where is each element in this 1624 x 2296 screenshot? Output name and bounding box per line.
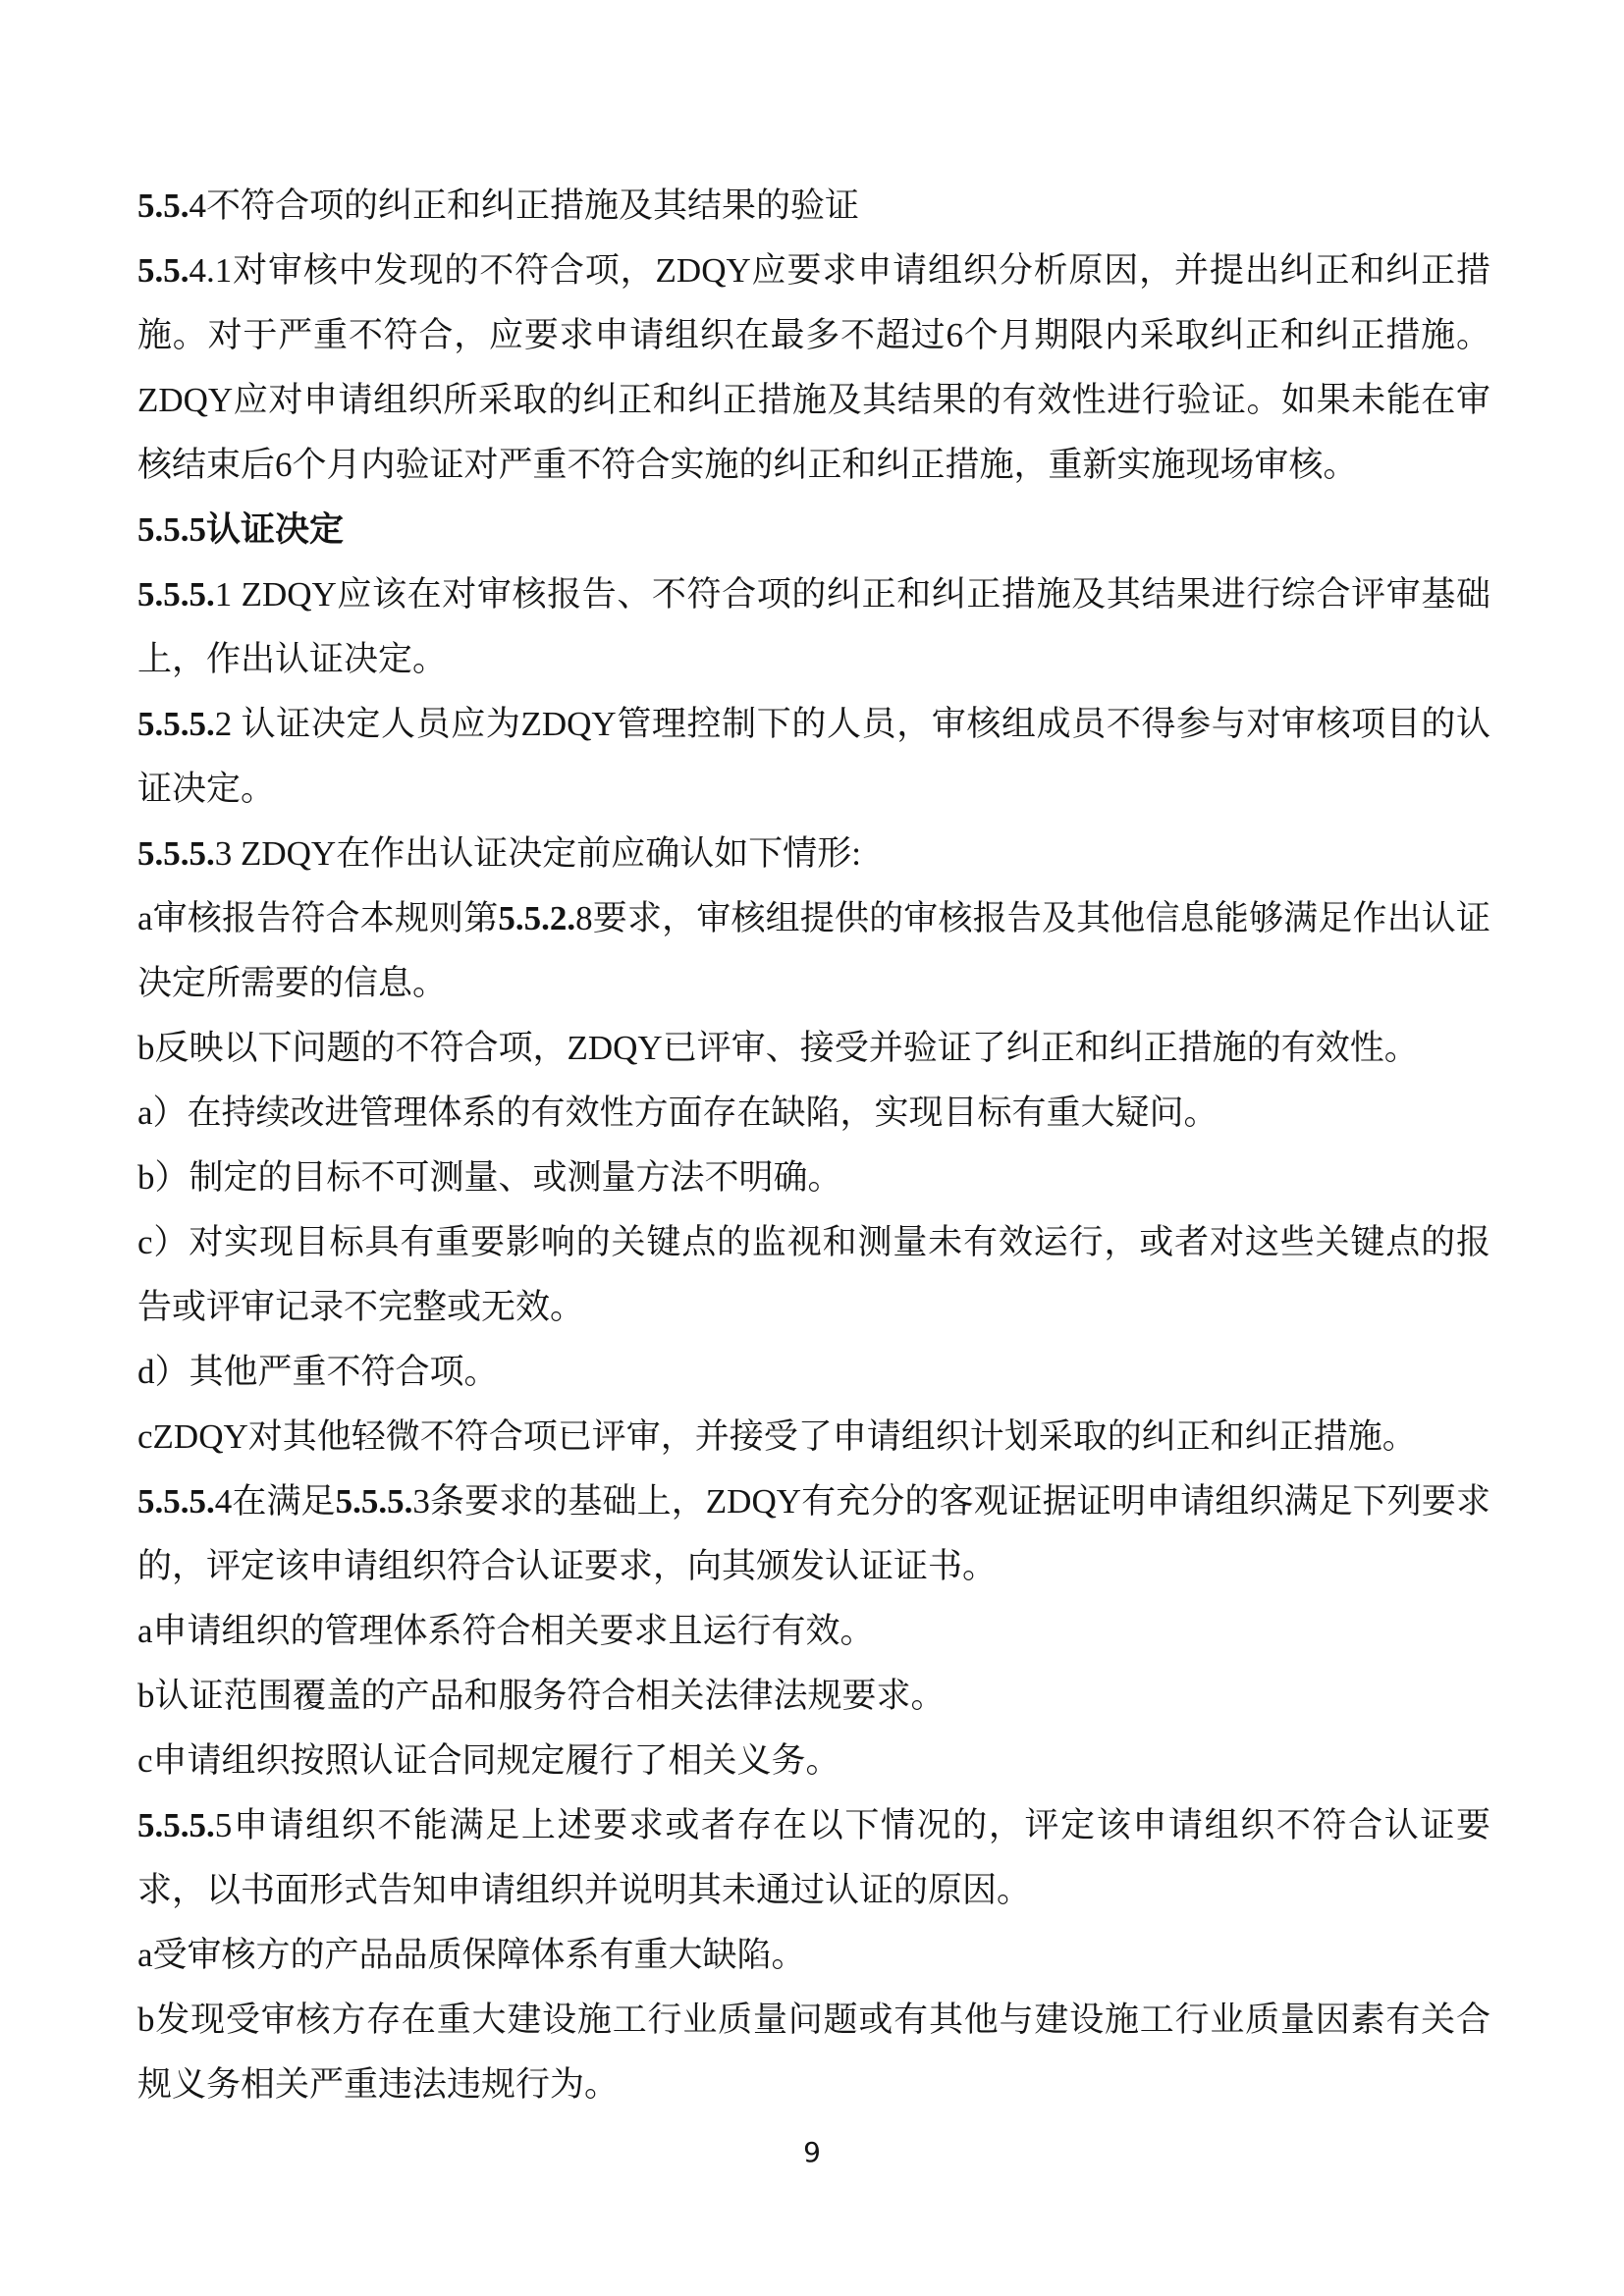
text-run: 5.5.5.	[336, 1482, 413, 1521]
text-run: 4在满足	[215, 1482, 336, 1521]
text-run: 5.5.5认证决定	[137, 510, 344, 549]
text-run: 5.5.	[137, 251, 189, 290]
para-5-5-5-3: 5.5.5.3 ZDQY在作出认证决定前应确认如下情形:	[137, 822, 1490, 886]
item-b-products-services: b认证范围覆盖的产品和服务符合相关法律法规要求。	[137, 1664, 1490, 1729]
text-run: 4不符合项的纠正和纠正措施及其结果的验证	[189, 187, 860, 225]
item-c-contract-obligations: c申请组织按照认证合同规定履行了相关义务。	[137, 1729, 1490, 1793]
text-run: 5.5.2.	[498, 899, 575, 937]
item-c-minor-nonconformities: cZDQY对其他轻微不符合项已评审，并接受了申请组织计划采取的纠正和纠正措施。	[137, 1405, 1490, 1469]
subitem-c-key-point-monitoring: c）对实现目标具有重要影响的关键点的监视和测量未有效运行，或者对这些关键点的报告…	[137, 1210, 1490, 1340]
text-run: b发现受审核方存在重大建设施工行业质量问题或有其他与建设施工行业质量因素有关合规…	[137, 2001, 1490, 2104]
text-run: d）其他严重不符合项。	[137, 1353, 499, 1391]
page-footer: 9	[0, 2136, 1624, 2168]
para-5-5-4-1: 5.5.4.1对审核中发现的不符合项，ZDQY应要求申请组织分析原因，并提出纠正…	[137, 239, 1490, 498]
item-a-management-system: a申请组织的管理体系符合相关要求且运行有效。	[137, 1599, 1490, 1664]
text-run: a审核报告符合本规则第	[137, 899, 498, 937]
text-run: cZDQY对其他轻微不符合项已评审，并接受了申请组织计划采取的纠正和纠正措施。	[137, 1417, 1417, 1456]
document-page: 5.5.4不符合项的纠正和纠正措施及其结果的验证 5.5.4.1对审核中发现的不…	[0, 0, 1624, 2296]
para-5-5-5-4: 5.5.5.4在满足5.5.5.3条要求的基础上，ZDQY有充分的客观证据证明申…	[137, 1469, 1490, 1599]
text-run: 5.5.5.	[137, 575, 215, 614]
heading-5-5-5: 5.5.5认证决定	[137, 498, 1490, 562]
text-run: c）对实现目标具有重要影响的关键点的监视和测量未有效运行，或者对这些关键点的报告…	[137, 1223, 1490, 1326]
para-5-5-5-5: 5.5.5.5申请组织不能满足上述要求或者存在以下情况的，评定该申请组织不符合认…	[137, 1793, 1490, 1923]
text-run: a）在持续改进管理体系的有效性方面存在缺陷，实现目标有重大疑问。	[137, 1094, 1218, 1132]
para-5-5-5-2: 5.5.5.2 认证决定人员应为ZDQY管理控制下的人员，审核组成员不得参与对审…	[137, 692, 1490, 822]
text-run: 5.5.5.	[137, 834, 215, 873]
text-run: a申请组织的管理体系符合相关要求且运行有效。	[137, 1612, 875, 1650]
document-body: 5.5.4不符合项的纠正和纠正措施及其结果的验证 5.5.4.1对审核中发现的不…	[137, 174, 1490, 2117]
heading-5-5-4: 5.5.4不符合项的纠正和纠正措施及其结果的验证	[137, 174, 1490, 239]
text-run: 3 ZDQY在作出认证决定前应确认如下情形:	[215, 834, 861, 873]
text-run: b反映以下问题的不符合项，ZDQY已评审、接受并验证了纠正和纠正措施的有效性。	[137, 1029, 1419, 1067]
para-5-5-5-1: 5.5.5.1 ZDQY应该在对审核报告、不符合项的纠正和纠正措施及其结果进行综…	[137, 562, 1490, 692]
text-run: 2 认证决定人员应为ZDQY管理控制下的人员，审核组成员不得参与对审核项目的认证…	[137, 705, 1490, 808]
text-run: c申请组织按照认证合同规定履行了相关义务。	[137, 1741, 840, 1780]
text-run: 5申请组织不能满足上述要求或者存在以下情况的，评定该申请组织不符合认证要求，以书…	[137, 1806, 1490, 1909]
subitem-d-other-major-nonconformities: d）其他严重不符合项。	[137, 1340, 1490, 1405]
text-run: 4.1对审核中发现的不符合项，ZDQY应要求申请组织分析原因，并提出纠正和纠正措…	[137, 251, 1490, 484]
text-run: a受审核方的产品品质保障体系有重大缺陷。	[137, 1936, 806, 1974]
subitem-a-continuous-improvement: a）在持续改进管理体系的有效性方面存在缺陷，实现目标有重大疑问。	[137, 1081, 1490, 1146]
item-b-violations: b发现受审核方存在重大建设施工行业质量问题或有其他与建设施工行业质量因素有关合规…	[137, 1988, 1490, 2117]
text-run: b认证范围覆盖的产品和服务符合相关法律法规要求。	[137, 1677, 946, 1715]
text-run: 5.5.5.	[137, 1806, 215, 1844]
text-run: 5.5.5.	[137, 705, 215, 743]
text-run: 5.5.	[137, 187, 189, 225]
item-a-audit-report: a审核报告符合本规则第5.5.2.8要求，审核组提供的审核报告及其他信息能够满足…	[137, 886, 1490, 1016]
text-run: 1 ZDQY应该在对审核报告、不符合项的纠正和纠正措施及其结果进行综合评审基础上…	[137, 575, 1490, 678]
text-run: b）制定的目标不可测量、或测量方法不明确。	[137, 1158, 842, 1197]
page-number: 9	[803, 2136, 821, 2168]
subitem-b-unmeasurable-targets: b）制定的目标不可测量、或测量方法不明确。	[137, 1146, 1490, 1210]
item-b-nonconformities: b反映以下问题的不符合项，ZDQY已评审、接受并验证了纠正和纠正措施的有效性。	[137, 1016, 1490, 1081]
item-a-quality-defects: a受审核方的产品品质保障体系有重大缺陷。	[137, 1923, 1490, 1988]
text-run: 5.5.5.	[137, 1482, 215, 1521]
